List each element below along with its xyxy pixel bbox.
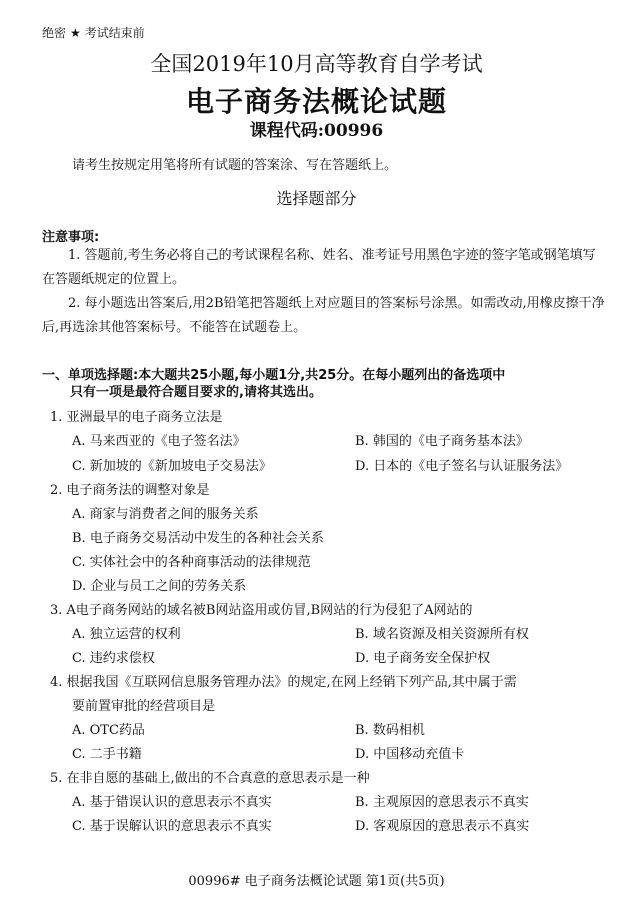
- question-stem: 5. 在非自愿的基础上,做出的不合真意的意思表示是一种: [50, 767, 370, 786]
- part-header: 一、单项选择题:本大题共25小题,每小题1分,共25分。在每小题列出的备选项中 …: [42, 367, 505, 401]
- part-header-line1: 一、单项选择题:本大题共25小题,每小题1分,共25分。在每小题列出的备选项中: [42, 368, 505, 383]
- option: C. 基于误解认识的意思表示不真实: [72, 815, 272, 834]
- question-stem-continued: 要前置审批的经营项目是: [72, 695, 215, 714]
- option: C. 实体社会中的各种商事活动的法律规范: [72, 551, 311, 570]
- star-icon: ★: [70, 26, 81, 40]
- question-stem: 2. 电子商务法的调整对象是: [50, 479, 210, 498]
- option: B. 数码相机: [355, 719, 425, 738]
- option: C. 二手书籍: [72, 743, 142, 762]
- note-item: 2. 每小题选出答案后,用2B铅笔把答题纸上对应题目的答案标号涂黑。如需改动,用…: [42, 292, 608, 340]
- option: A. 商家与消费者之间的服务关系: [72, 503, 259, 522]
- page-footer: 00996# 电子商务法概论试题 第1页(共5页): [0, 870, 633, 889]
- option: D. 客观原因的意思表示不真实: [355, 815, 529, 834]
- option: D. 企业与员工之间的劳务关系: [72, 575, 246, 594]
- option: B. 韩国的《电子商务基本法》: [355, 430, 529, 449]
- option: D. 日本的《电子签名与认证服务法》: [355, 455, 568, 474]
- option: B. 主观原因的意思表示不真实: [355, 791, 529, 810]
- option: D. 电子商务安全保护权: [355, 647, 490, 666]
- option: D. 中国移动充值卡: [355, 743, 464, 762]
- section-title: 选择题部分: [0, 186, 633, 209]
- confidentiality-label: 绝密★考试结束前: [42, 24, 145, 41]
- option: A. 独立运营的权利: [72, 623, 181, 642]
- option: B. 域名资源及相关资源所有权: [355, 623, 529, 642]
- option: C. 新加坡的《新加坡电子交易法》: [72, 455, 272, 474]
- secret-suffix: 考试结束前: [85, 26, 145, 40]
- option: A. 基于错误认识的意思表示不真实: [72, 791, 272, 810]
- note-item: 1. 答题前,考生务必将自己的考试课程名称、姓名、准考证号用黑色字迹的签字笔或钢…: [42, 244, 608, 292]
- exam-title: 全国2019年10月高等教育自学考试: [0, 48, 633, 78]
- question-stem: 4. 根据我国《互联网信息服务管理办法》的规定,在网上经销下列产品,其中属于需: [50, 671, 517, 690]
- page-title: 电子商务法概论试题: [0, 80, 633, 120]
- instruction-text: 请考生按规定用笔将所有试题的答案涂、写在答题纸上。: [72, 154, 397, 173]
- secret-text: 绝密: [42, 26, 66, 40]
- course-code: 课程代码:00996: [0, 116, 633, 141]
- option: C. 违约求偿权: [72, 647, 155, 666]
- option: A. OTC药品: [72, 719, 145, 738]
- option: A. 马来西亚的《电子签名法》: [72, 430, 246, 449]
- part-header-line2: 只有一项是最符合题目要求的,请将其选出。: [42, 384, 505, 401]
- question-stem: 3. A电子商务网站的域名被B网站盗用或仿冒,B网站的行为侵犯了A网站的: [50, 599, 473, 618]
- question-stem: 1. 亚洲最早的电子商务立法是: [50, 406, 223, 425]
- option: B. 电子商务交易活动中发生的各种社会关系: [72, 527, 324, 546]
- notes-title: 注意事项:: [42, 226, 99, 245]
